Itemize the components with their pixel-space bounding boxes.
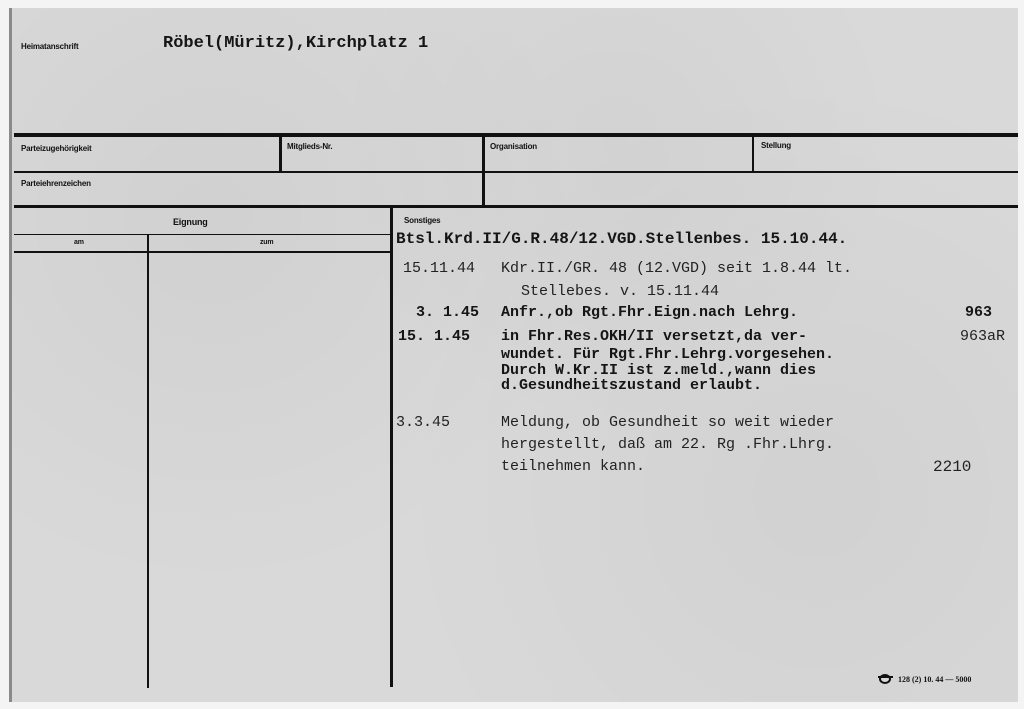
sonstiges-entry-3-line-0: in Fhr.Res.OKH/II versetzt,da ver- xyxy=(501,328,807,345)
sonstiges-entry-3-date: 15. 1.45 xyxy=(398,328,470,345)
sonstiges-entry-4-line-2: teilnehmen kann. xyxy=(501,458,645,475)
sonstiges-entry-1-line-1: Stellebes. v. 15.11.44 xyxy=(521,283,719,300)
sonstiges-entry-4-line-0: Meldung, ob Gesundheit so weit wieder xyxy=(501,414,834,431)
sonstiges-entry-1-line-0: Kdr.II./GR. 48 (12.VGD) seit 1.8.44 lt. xyxy=(501,260,852,277)
mitglieds-nr-label: Mitglieds-Nr. xyxy=(287,142,332,151)
sonstiges-entry-4-date: 3.3.45 xyxy=(396,414,450,431)
rule-eignung-bottom xyxy=(14,251,390,253)
rule-eignung-sub xyxy=(14,234,390,235)
divider-organisation xyxy=(482,136,485,207)
eignung-col-am: am xyxy=(74,239,84,246)
sonstiges-entry-3-line-1: wundet. Für Rgt.Fhr.Lehrg.vorgesehen. xyxy=(501,346,834,363)
rule-row1-bottom xyxy=(14,171,1018,173)
print-footer: 128 (2) 10. 44 — 5000 xyxy=(878,672,971,686)
sonstiges-entry-4-ref: 2210 xyxy=(933,458,971,476)
personnel-record-card: Heimatanschrift Röbel(Müritz),Kirchplatz… xyxy=(9,8,1018,702)
heimatanschrift-label: Heimatanschrift xyxy=(21,42,78,51)
divider-mitglieds xyxy=(279,136,282,172)
sonstiges-entry-3-ref: 963aR xyxy=(960,328,1005,345)
divider-stellung xyxy=(752,136,754,172)
sonstiges-entry-4-line-1: hergestellt, daß am 22. Rg .Fhr.Lhrg. xyxy=(501,436,834,453)
sonstiges-entry-2-ref: 963 xyxy=(965,304,992,321)
eignung-col-zum: zum xyxy=(260,239,273,246)
sonstiges-entry-2-date: 3. 1.45 xyxy=(416,304,479,321)
heimatanschrift-value: Röbel(Müritz),Kirchplatz 1 xyxy=(163,34,428,53)
parteizugehoerigkeit-label: Parteizugehörigkeit xyxy=(21,144,91,153)
sonstiges-label: Sonstiges xyxy=(404,216,440,225)
divider-sonstiges xyxy=(390,207,393,687)
sonstiges-entry-3-line-3: d.Gesundheitszustand erlaubt. xyxy=(501,377,762,394)
rule-top-thick xyxy=(14,133,1018,137)
sonstiges-entry-1-date: 15.11.44 xyxy=(403,260,475,277)
sonstiges-entry-2-line-0: Anfr.,ob Rgt.Fhr.Eign.nach Lehrg. xyxy=(501,304,798,321)
printer-mark-icon xyxy=(878,672,894,686)
rule-row2-bottom xyxy=(14,205,1018,208)
stellung-label: Stellung xyxy=(761,141,791,150)
parteiehrenzeichen-label: Parteiehrenzeichen xyxy=(21,179,91,188)
organisation-label: Organisation xyxy=(490,142,537,151)
sonstiges-entry-0-line-0: Btsl.Krd.II/G.R.48/12.VGD.Stellenbes. 15… xyxy=(396,230,847,248)
divider-am-zum xyxy=(147,235,149,688)
print-footer-text: 128 (2) 10. 44 — 5000 xyxy=(898,675,971,684)
eignung-label: Eignung xyxy=(173,217,208,227)
